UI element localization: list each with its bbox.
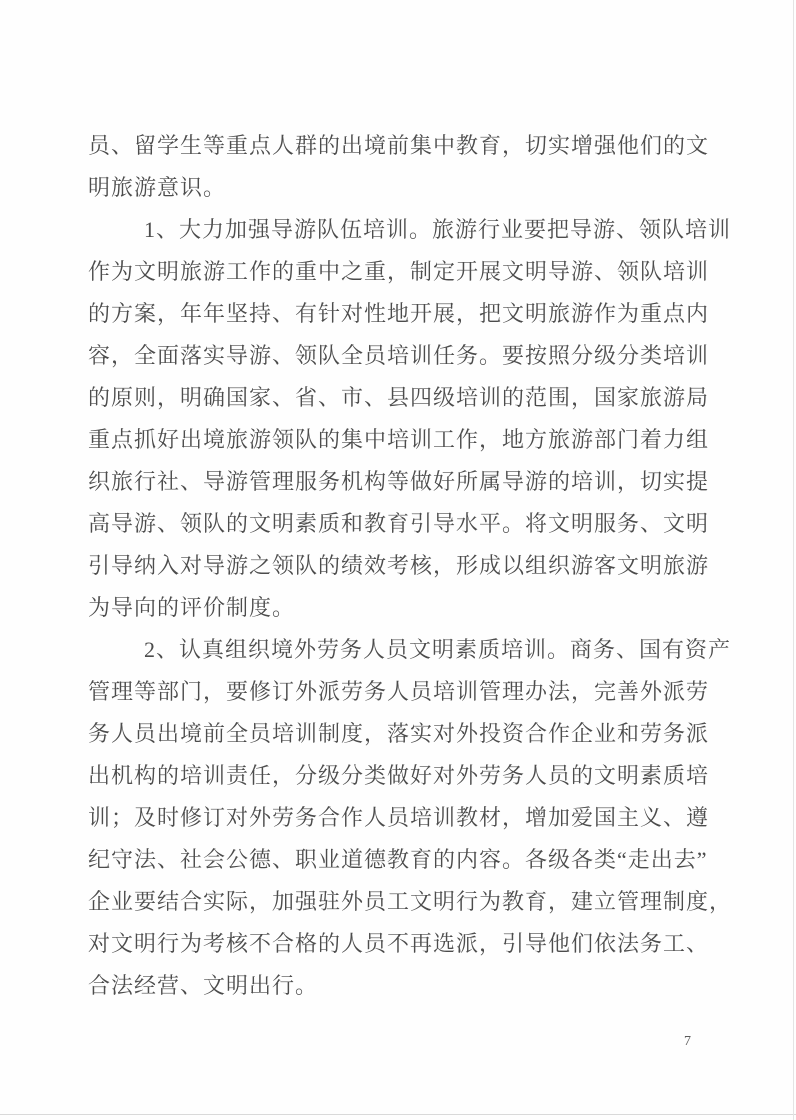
body-line: 务人员出境前全员培训制度，落实对外投资合作企业和劳务派 [88, 713, 768, 755]
body-line: 的原则，明确国家、省、市、县四级培训的范围，国家旅游局 [88, 377, 768, 419]
scan-edge-bottom [0, 1114, 796, 1115]
body-line: 的方案，年年坚持、有针对性地开展，把文明旅游作为重点内 [88, 293, 768, 335]
body-line: 作为文明旅游工作的重中之重，制定开展文明导游、领队培训 [88, 251, 768, 293]
body-line-paragraph-2-start: 2、认真组织境外劳务人员文明素质培训。商务、国有资产 [88, 629, 768, 671]
scanned-document-page: 员、留学生等重点人群的出境前集中教育，切实增强他们的文 明旅游意识。 1、大力加… [0, 0, 796, 1120]
body-line: 纪守法、社会公德、职业道德教育的内容。各级各类“走出去” [88, 839, 768, 881]
page-number: 7 [684, 1032, 691, 1052]
scan-edge-right [793, 0, 794, 1120]
body-line: 管理等部门，要修订外派劳务人员培训管理办法，完善外派劳 [88, 671, 768, 713]
body-line: 高导游、领队的文明素质和教育引导水平。将文明服务、文明 [88, 503, 768, 545]
body-line: 出机构的培训责任，分级分类做好对外劳务人员的文明素质培 [88, 755, 768, 797]
body-line: 企业要结合实际，加强驻外员工文明行为教育，建立管理制度， [88, 881, 768, 923]
body-line: 重点抓好出境旅游领队的集中培训工作，地方旅游部门着力组 [88, 419, 768, 461]
body-line: 织旅行社、导游管理服务机构等做好所属导游的培训，切实提 [88, 461, 768, 503]
body-line: 明旅游意识。 [88, 167, 768, 209]
body-line: 为导向的评价制度。 [88, 587, 768, 629]
body-line: 容，全面落实导游、领队全员培训任务。要按照分级分类培训 [88, 335, 768, 377]
body-line: 引导纳入对导游之领队的绩效考核，形成以组织游客文明旅游 [88, 545, 768, 587]
body-line: 员、留学生等重点人群的出境前集中教育，切实增强他们的文 [88, 125, 768, 167]
body-line-paragraph-1-start: 1、大力加强导游队伍培训。旅游行业要把导游、领队培训 [88, 209, 768, 251]
body-line: 训；及时修订对外劳务合作人员培训教材，增加爱国主义、遵 [88, 797, 768, 839]
document-body: 员、留学生等重点人群的出境前集中教育，切实增强他们的文 明旅游意识。 1、大力加… [88, 125, 768, 1007]
body-line: 合法经营、文明出行。 [88, 965, 768, 1007]
body-line: 对文明行为考核不合格的人员不再选派，引导他们依法务工、 [88, 923, 768, 965]
